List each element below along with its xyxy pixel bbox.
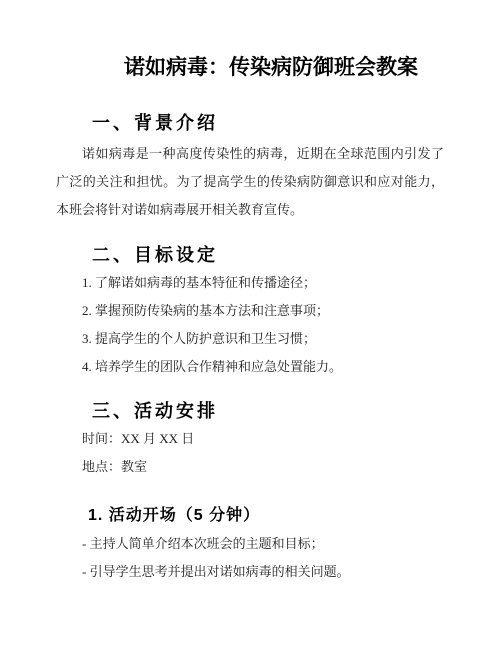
goals-list: 1. 了解诺如病毒的基本特征和传播途径； 2. 掌握预防传染病的基本方法和注意事… bbox=[56, 269, 444, 381]
background-paragraph: 诺如病毒是一种高度传染性的病毒，近期在全球范围内引发了广泛的关注和担忧。为了提高… bbox=[56, 140, 444, 224]
goal-item: 4. 培养学生的团队合作精神和应急处置能力。 bbox=[56, 353, 444, 381]
subheading-opening: 1. 活动开场（5 分钟） bbox=[56, 502, 444, 530]
schedule-place: 地点：教室 bbox=[56, 453, 444, 481]
goal-item: 1. 了解诺如病毒的基本特征和传播途径； bbox=[56, 269, 444, 297]
section-heading-background: 一、背景介绍 bbox=[56, 109, 444, 137]
page-title: 诺如病毒：传染病防御班会教案 bbox=[56, 53, 444, 83]
section-heading-goals: 二、目标设定 bbox=[56, 241, 444, 269]
section-heading-schedule: 三、活动安排 bbox=[56, 397, 444, 425]
schedule-time: 时间：XX 月 XX 日 bbox=[56, 425, 444, 453]
opening-item: - 引导学生思考并提出对诺如病毒的相关问题。 bbox=[56, 558, 444, 586]
opening-item: - 主持人简单介绍本次班会的主题和目标； bbox=[56, 530, 444, 558]
goal-item: 2. 掌握预防传染病的基本方法和注意事项； bbox=[56, 297, 444, 325]
goal-item: 3. 提高学生的个人防护意识和卫生习惯； bbox=[56, 325, 444, 353]
document-page: 诺如病毒：传染病防御班会教案 一、背景介绍 诺如病毒是一种高度传染性的病毒，近期… bbox=[0, 0, 500, 647]
opening-list: - 主持人简单介绍本次班会的主题和目标； - 引导学生思考并提出对诺如病毒的相关… bbox=[56, 530, 444, 586]
